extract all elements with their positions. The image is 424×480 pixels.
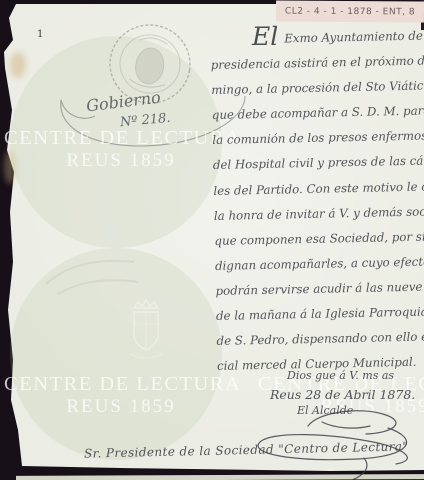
archival-slip: CL2 - 4 - 1 - 1878 - ENT, 8 <box>276 0 424 22</box>
document-scan: 1 Gobierno Nº 218. CENTRE DE LECTURA REU… <box>0 0 424 480</box>
valediction: Dios gue á V. ms as <box>287 369 394 382</box>
paper-stain <box>10 52 26 78</box>
letter-body: Exmo Ayuntamiento de mi presidencia asis… <box>210 24 424 380</box>
faded-stamp-remnant <box>38 244 148 304</box>
letter-line: les del Partido. Con este motivo le cabe <box>213 174 423 203</box>
archival-code: CL2 - 4 - 1 - 1878 - ENT, 8 <box>285 6 415 17</box>
letter-line: del Hospital civil y presos de las cárce… <box>213 149 423 178</box>
crest-watermark-icon <box>120 298 172 362</box>
page-number: 1 <box>37 29 43 40</box>
